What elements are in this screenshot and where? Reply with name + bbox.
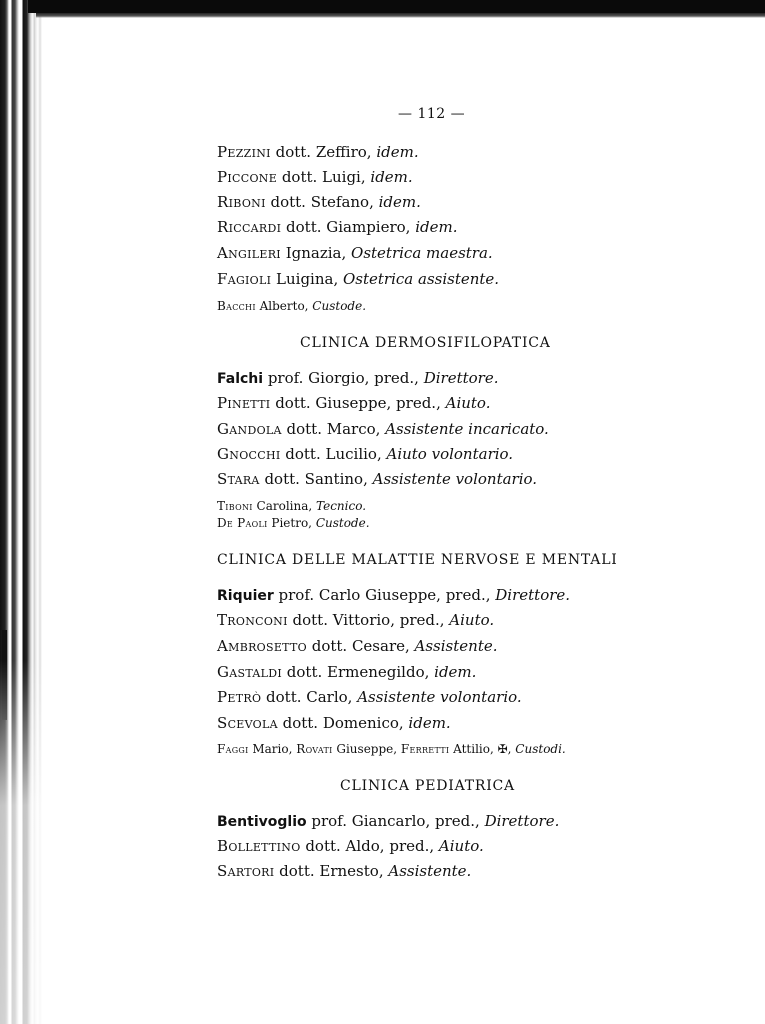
surname: Gastaldi xyxy=(217,663,282,681)
surname: Bentivoglio xyxy=(217,814,307,830)
name-detail: dott. Luigi, xyxy=(277,168,370,186)
name-detail: Mario, xyxy=(249,742,297,756)
role: Direttore. xyxy=(424,369,499,387)
role: idem. xyxy=(408,714,450,732)
staff-entry: Piccone dott. Luigi, idem. xyxy=(217,168,413,186)
name-detail: Carolina, xyxy=(253,499,316,513)
name-detail: dott. Domenico, xyxy=(278,714,409,732)
name-detail: dott. Ermenegildo, xyxy=(282,663,434,681)
role: Aiuto. xyxy=(446,394,491,412)
surname: Tiboni xyxy=(217,499,253,513)
role: Ostetrica assistente. xyxy=(343,270,499,288)
name-detail: dott. Aldo, pred., xyxy=(301,837,439,855)
staff-entry: Stara dott. Santino, Assistente volontar… xyxy=(217,470,537,488)
role: Tecnico. xyxy=(316,499,366,513)
name-detail: Pietro, xyxy=(268,516,316,530)
surname: Angileri xyxy=(217,244,281,262)
surname: Pinetti xyxy=(217,394,270,412)
surname: Tronconi xyxy=(217,611,288,629)
name-detail: dott. Lucilio, xyxy=(281,445,387,463)
name-detail: dott. Stefano, xyxy=(266,193,379,211)
role: Custodi. xyxy=(515,742,565,756)
name-detail: dott. Giampiero, xyxy=(281,218,415,236)
name-detail: dott. Ernesto, xyxy=(274,862,388,880)
custodi-entry: Faggi Mario, Rovati Giuseppe, Ferretti A… xyxy=(217,740,566,758)
name-detail: dott. Cesare, xyxy=(307,637,415,655)
role: Direttore. xyxy=(495,586,570,604)
section-heading-dermosifilopatica: CLINICA DERMOSIFILOPATICA xyxy=(300,335,551,351)
role: Aiuto volontario. xyxy=(386,445,513,463)
name-detail: dott. Zeffiro, xyxy=(271,143,376,161)
surname: Bacchi xyxy=(217,299,256,313)
staff-entry: Bollettino dott. Aldo, pred., Aiuto. xyxy=(217,837,484,855)
staff-entry: Fagioli Luigina, Ostetrica assistente. xyxy=(217,270,499,288)
role: Custode. xyxy=(316,516,370,530)
binding-fade xyxy=(0,660,44,1024)
surname: Riquier xyxy=(217,588,274,604)
staff-entry: Gastaldi dott. Ermenegildo, idem. xyxy=(217,663,476,681)
surname: Gnocchi xyxy=(217,445,281,463)
role: idem. xyxy=(376,143,418,161)
staff-entry: Gandola dott. Marco, Assistente incarica… xyxy=(217,420,549,438)
role: Assistente. xyxy=(415,637,498,655)
scan-top-shadow xyxy=(36,13,765,18)
surname: Gandola xyxy=(217,420,282,438)
surname: Falchi xyxy=(217,371,263,387)
page-number: — 112 — xyxy=(398,106,465,122)
section-heading-malattie-nervose: CLINICA DELLE MALATTIE NERVOSE E MENTALI xyxy=(217,552,618,568)
surname: Petrò xyxy=(217,688,261,706)
name-detail: Alberto, xyxy=(256,299,313,313)
staff-entry: Riboni dott. Stefano, idem. xyxy=(217,193,421,211)
surname: Riccardi xyxy=(217,218,281,236)
surname: Bollettino xyxy=(217,837,301,855)
name-detail: dott. Marco, xyxy=(282,420,385,438)
staff-entry: Bentivoglio prof. Giancarlo, pred., Dire… xyxy=(217,812,559,831)
surname: Stara xyxy=(217,470,260,488)
scan-top-border xyxy=(28,0,765,13)
name-detail: Attilio, ✠, xyxy=(449,742,515,756)
staff-entry: Gnocchi dott. Lucilio, Aiuto volontario. xyxy=(217,445,513,463)
role: Custode. xyxy=(312,299,366,313)
surname: Fagioli xyxy=(217,270,271,288)
staff-entry: Tronconi dott. Vittorio, pred., Aiuto. xyxy=(217,611,494,629)
surname: Piccone xyxy=(217,168,277,186)
staff-entry: Bacchi Alberto, Custode. xyxy=(217,297,366,315)
name-detail: prof. Giorgio, pred., xyxy=(263,369,424,387)
surname: Ferretti xyxy=(401,742,449,756)
staff-entry: Tiboni Carolina, Tecnico. xyxy=(217,497,366,515)
staff-entry: Ambrosetto dott. Cesare, Assistente. xyxy=(217,637,498,655)
role: Aiuto. xyxy=(439,837,484,855)
name-detail: prof. Carlo Giuseppe, pred., xyxy=(274,586,496,604)
role: Aiuto. xyxy=(449,611,494,629)
staff-entry: De Paoli Pietro, Custode. xyxy=(217,514,370,532)
staff-entry: Riccardi dott. Giampiero, idem. xyxy=(217,218,458,236)
surname: Ambrosetto xyxy=(217,637,307,655)
name-detail: Luigina, xyxy=(271,270,343,288)
surname: De Paoli xyxy=(217,516,268,530)
section-heading-pediatrica: CLINICA PEDIATRICA xyxy=(340,778,515,794)
name-detail: dott. Vittorio, pred., xyxy=(288,611,450,629)
surname: Pezzini xyxy=(217,143,271,161)
staff-entry: Petrò dott. Carlo, Assistente volontario… xyxy=(217,688,522,706)
name-detail: Giuseppe, xyxy=(333,742,401,756)
staff-entry: Scevola dott. Domenico, idem. xyxy=(217,714,451,732)
surname: Faggi xyxy=(217,742,249,756)
role: Assistente. xyxy=(388,862,471,880)
name-detail: dott. Carlo, xyxy=(261,688,357,706)
staff-entry: Pinetti dott. Giuseppe, pred., Aiuto. xyxy=(217,394,490,412)
role: idem. xyxy=(415,218,457,236)
role: Direttore. xyxy=(485,812,560,830)
name-detail: dott. Giuseppe, pred., xyxy=(270,394,445,412)
name-detail: dott. Santino, xyxy=(260,470,373,488)
role: Assistente volontario. xyxy=(357,688,521,706)
name-detail: Ignazia, xyxy=(281,244,351,262)
name-detail: prof. Giancarlo, pred., xyxy=(307,812,485,830)
role: Ostetrica maestra. xyxy=(351,244,493,262)
surname: Rovati xyxy=(296,742,332,756)
role: idem. xyxy=(379,193,421,211)
staff-entry: Pezzini dott. Zeffiro, idem. xyxy=(217,143,419,161)
role: idem. xyxy=(434,663,476,681)
surname: Riboni xyxy=(217,193,266,211)
staff-entry: Angileri Ignazia, Ostetrica maestra. xyxy=(217,244,493,262)
surname: Scevola xyxy=(217,714,278,732)
role: Assistente volontario. xyxy=(373,470,537,488)
surname: Sartori xyxy=(217,862,274,880)
staff-entry: Sartori dott. Ernesto, Assistente. xyxy=(217,862,471,880)
staff-entry: Riquier prof. Carlo Giuseppe, pred., Dir… xyxy=(217,586,570,605)
role: idem. xyxy=(370,168,412,186)
staff-entry: Falchi prof. Giorgio, pred., Direttore. xyxy=(217,369,498,388)
role: Assistente incaricato. xyxy=(385,420,549,438)
